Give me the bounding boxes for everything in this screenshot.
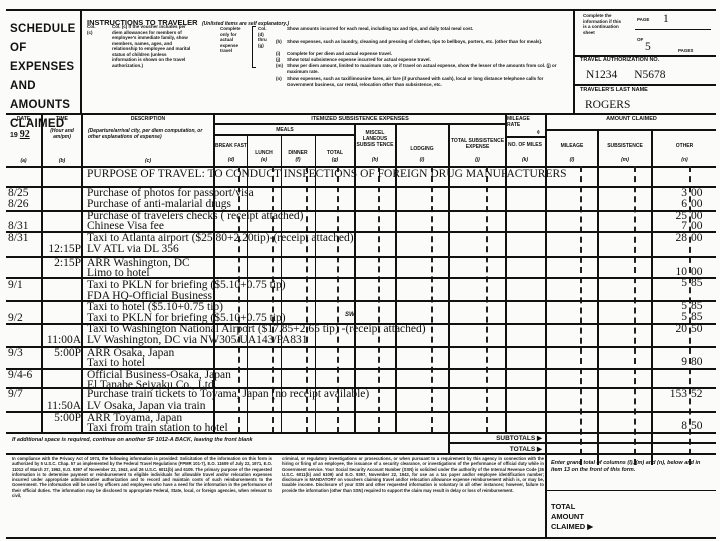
col-line	[41, 113, 43, 433]
entry-description[interactable]: Taxi from train station to hotel	[87, 422, 228, 435]
entry-other-dollars[interactable]: 8	[653, 420, 687, 433]
date-code: (a)	[6, 158, 41, 164]
description-header: DESCRIPTION	[83, 116, 213, 122]
description-sub: (Departure/arrival city, per diem comput…	[88, 128, 208, 140]
page-label: PAGE	[637, 17, 649, 23]
time-code: (b)	[43, 158, 81, 164]
grand-total-note: Enter grand total of columns (l), (m) an…	[551, 460, 711, 474]
travel-auth-values[interactable]: N1234 N5678	[586, 69, 666, 82]
total-pages[interactable]: 5	[645, 41, 651, 54]
col-j-label: (j)	[276, 57, 280, 63]
divider	[214, 134, 354, 136]
miles-header: NO. OF MILES	[507, 142, 543, 148]
entry-date[interactable]: 8/31	[8, 232, 28, 245]
col-h-label: (h)	[276, 39, 282, 45]
mileage-rate-header: MILEAGE RATE	[507, 116, 541, 128]
breakfast-code: (d)	[215, 157, 247, 163]
col-d-g-label: Col. (d) thru (g)	[258, 26, 272, 48]
mileage-code: (l)	[547, 157, 597, 163]
page-number[interactable]: 1	[663, 13, 669, 26]
lodging-code: (i)	[396, 157, 448, 163]
total-subsistence-code: (j)	[450, 157, 505, 163]
entry-date[interactable]: 9/4-6	[8, 369, 32, 382]
col-n-instruction: Show expenses, such as taxi/limousine fa…	[287, 76, 567, 87]
entry-other-dollars[interactable]: 9	[653, 356, 687, 369]
divider	[505, 136, 545, 138]
entry-time[interactable]: 5:00P	[43, 412, 81, 425]
subsistence-code: (m)	[599, 157, 651, 163]
year-field: 19 92	[10, 128, 30, 141]
entry-time[interactable]: 5:00P	[43, 347, 81, 360]
col-c-label: Col. (c)	[87, 24, 99, 35]
time-header: TIME	[43, 116, 81, 122]
divider	[214, 123, 505, 125]
subsistence-header: SUBSISTENCE	[599, 143, 651, 149]
totals-label: TOTALS ▶	[450, 445, 542, 453]
year-value: 92	[20, 129, 30, 140]
entry-other-cents[interactable]: 52	[691, 388, 703, 401]
meals-total-header: TOTAL	[316, 150, 354, 156]
entry-description[interactable]: LV Washington, DC via NW305/UA143/PA831	[87, 334, 307, 347]
purpose-of-travel[interactable]: PURPOSE OF TRAVEL: TO CONDUCT INSPECTION…	[87, 168, 567, 181]
divider	[573, 84, 716, 86]
col-h-instruction: Show expenses, such as laundry, cleaning…	[287, 39, 567, 45]
col-line	[81, 113, 83, 433]
col-line	[597, 129, 599, 465]
misc-code: (h)	[356, 157, 394, 163]
year-prefix: 19	[10, 132, 18, 139]
of-label: OF	[637, 37, 643, 43]
col-n-label: (n)	[276, 76, 282, 82]
entry-other-dollars[interactable]: 153	[653, 388, 687, 401]
entry-other-cents[interactable]: 50	[691, 420, 703, 433]
title-line: EXPENSES	[10, 58, 80, 77]
right-panel-divider	[573, 9, 575, 114]
privacy-act-notice-left: In compliance with the Privacy Act of 19…	[12, 456, 272, 498]
breakfast-header: BREAK FAST	[215, 143, 247, 149]
entry-date[interactable]: 9/3	[8, 347, 23, 360]
col-i-instruction: Complete for per diem and actual expense…	[287, 51, 567, 57]
entry-time[interactable]: 2:15P	[43, 257, 81, 270]
description-code: (c)	[83, 158, 213, 164]
dinner-header: DINNER	[282, 150, 314, 156]
entry-date[interactable]: 9/1	[8, 279, 23, 292]
actual-expense-note: Complete only for actual expense travel	[220, 26, 250, 54]
meals-header: MEALS	[215, 127, 355, 133]
subtotals-label: SUBTOTALS ▶	[450, 434, 542, 442]
title-line: OF	[10, 39, 80, 58]
other-header: OTHER	[653, 143, 716, 149]
total-amount-claimed-label: TOTAL AMOUNT CLAIMED ▶	[551, 502, 606, 532]
total-subsistence-header: TOTAL SUBSISTENCE EXPENSE	[450, 138, 505, 150]
col-j-instruction: Show total subsistence expense incurred …	[287, 57, 567, 63]
lunch-code: (e)	[248, 157, 280, 163]
subtotals-line	[448, 442, 716, 444]
totals-bottom-line	[6, 453, 716, 455]
divider	[545, 490, 716, 491]
handwritten-annotation: SW	[345, 312, 355, 318]
col-m-label: (m)	[276, 63, 283, 69]
other-code: (n)	[653, 157, 716, 163]
footer-divider	[545, 453, 547, 539]
lodging-header: LODGING	[396, 146, 448, 152]
bottom-border	[6, 537, 716, 539]
entry-other-dollars[interactable]: 20	[653, 323, 687, 336]
itemized-header: ITEMIZED SUBSISTENCE EXPENSES	[215, 116, 505, 122]
top-border	[6, 9, 716, 11]
amount-claimed-header: AMOUNT CLAIMED	[547, 116, 716, 122]
entry-date[interactable]: 9/7	[8, 388, 23, 401]
continuation-note: Complete the information if this is a co…	[583, 13, 621, 35]
entry-other-cents[interactable]: 80	[691, 356, 703, 369]
pages-label: PAGES	[678, 48, 693, 54]
date-header: DATE	[6, 116, 41, 122]
bracket	[252, 26, 256, 68]
entry-other-dollars[interactable]: 28	[653, 232, 687, 245]
col-c-instruction: Col. (c) If the voucher includes per die…	[112, 24, 192, 68]
travel-auth-label: TRAVEL AUTHORIZATION NO.	[580, 58, 659, 64]
lunch-header: LUNCH	[248, 150, 280, 156]
continuation-note: If additional space is required, continu…	[12, 437, 253, 443]
misc-header: MISCEL LANEOUS SUBSIS TENCE	[356, 130, 394, 148]
entry-description[interactable]: LV ATL via DL 356	[87, 243, 179, 256]
col-m-instruction: Show per diem amount, limited to maximum…	[287, 63, 567, 74]
col-line	[505, 113, 507, 433]
entry-other-cents[interactable]: 50	[691, 323, 703, 336]
entry-other-cents[interactable]: 85	[691, 277, 703, 290]
total-amount-claimed-field[interactable]	[610, 502, 710, 532]
title-line: AND	[10, 77, 80, 96]
divider	[545, 129, 716, 131]
entry-other-dollars[interactable]: 5	[653, 277, 687, 290]
entry-date[interactable]: 9/2	[8, 312, 23, 325]
travel-auth-2: N5678	[634, 69, 665, 81]
mileage-header: MILEAGE	[547, 143, 597, 149]
table-top-border	[6, 113, 716, 115]
col-line	[651, 129, 653, 465]
title-line: SCHEDULE	[10, 20, 80, 39]
dinner-code: (f)	[282, 157, 314, 163]
col-d-g-instruction: Show amounts incurred for each meal, inc…	[287, 26, 567, 32]
entry-other-cents[interactable]: 00	[691, 232, 703, 245]
meals-total-code: (g)	[316, 157, 354, 163]
traveler-last-name[interactable]: ROGERS	[585, 99, 630, 112]
title-divider	[80, 9, 82, 114]
time-sub: (Hour and am/pm)	[45, 128, 79, 140]
privacy-act-notice-right: criminal, or regulatory investigations o…	[282, 456, 544, 493]
entry-time[interactable]: 12:15P	[43, 243, 81, 256]
miles-code: (k)	[507, 157, 543, 163]
travel-auth-1: N1234	[586, 69, 617, 81]
entry-date[interactable]: 8/26	[8, 198, 28, 211]
page-underline	[635, 29, 711, 30]
entry-time[interactable]: 11:00A	[43, 334, 81, 347]
traveler-name-label: TRAVELER'S LAST NAME	[580, 88, 648, 94]
col-i-label: (i)	[276, 51, 280, 57]
